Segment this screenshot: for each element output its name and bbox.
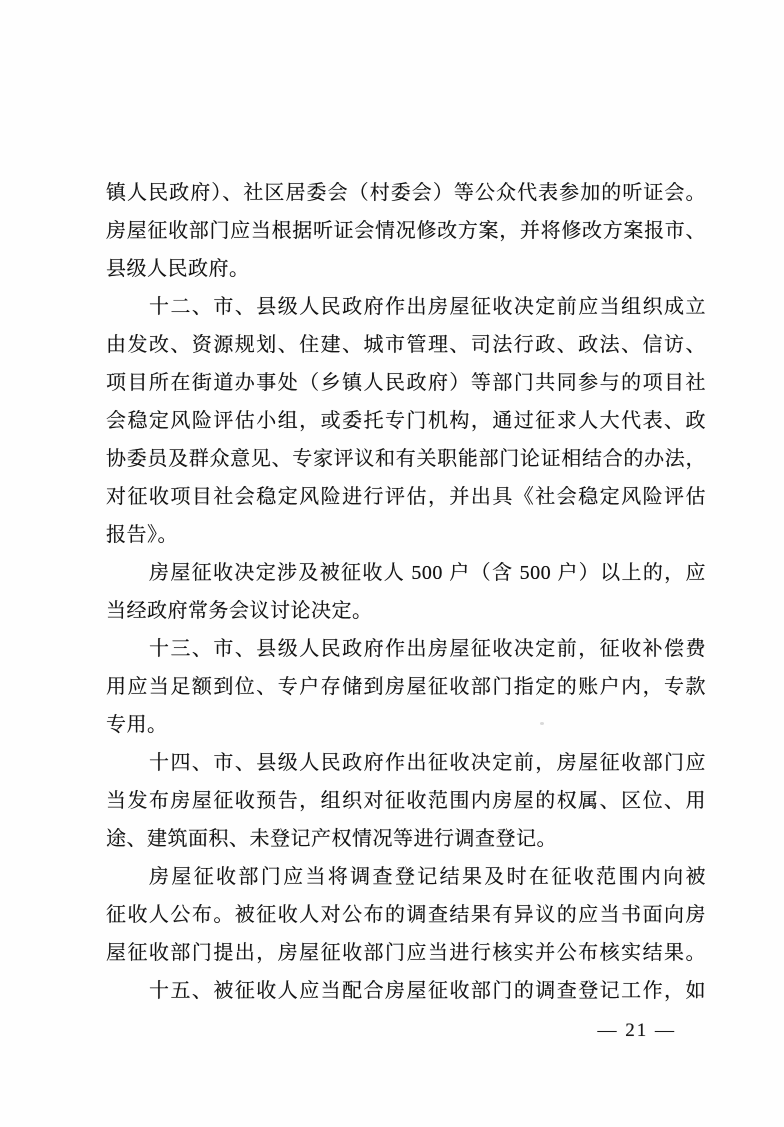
document-page: 镇人民政府）、社区居委会（村委会）等公众代表参加的听证会。房屋征收部门应当根据听… [0,0,784,1127]
text-line: 由发改、资源规划、住建、城市管理、司法行政、政法、信访、 [106,326,706,364]
text-line: 镇人民政府）、社区居委会（村委会）等公众代表参加的听证会。 [106,174,706,212]
text-line: 途、建筑面积、未登记产权情况等进行调查登记。 [106,820,706,858]
text-line: 用应当足额到位、专户存储到房屋征收部门指定的账户内，专款 [106,668,706,706]
text-line: 房屋征收决定涉及被征收人 500 户（含 500 户）以上的，应 [106,554,706,592]
text-line: 会稳定风险评估小组，或委托专门机构，通过征求人大代表、政 [106,402,706,440]
text-line: 征收人公布。被征收人对公布的调查结果有异议的应当书面向房 [106,896,706,934]
text-line: 对征收项目社会稳定风险进行评估，并出具《社会稳定风险评估 [106,478,706,516]
text-line: 报告》。 [106,516,706,554]
text-line: 房屋征收部门应当根据听证会情况修改方案，并将修改方案报市、 [106,212,706,250]
text-line: 专用。 [106,706,706,744]
text-line: 协委员及群众意见、专家评议和有关职能部门论证相结合的办法， [106,440,706,478]
text-line: 项目所在街道办事处（乡镇人民政府）等部门共同参与的项目社 [106,364,706,402]
text-line: 屋征收部门提出，房屋征收部门应当进行核实并公布核实结果。 [106,934,706,972]
document-body: 镇人民政府）、社区居委会（村委会）等公众代表参加的听证会。房屋征收部门应当根据听… [106,174,706,1010]
text-line: 房屋征收部门应当将调查登记结果及时在征收范围内向被 [106,858,706,896]
text-line: 十二、市、县级人民政府作出房屋征收决定前应当组织成立 [106,288,706,326]
text-line: 当发布房屋征收预告，组织对征收范围内房屋的权属、区位、用 [106,782,706,820]
text-line: 当经政府常务会议讨论决定。 [106,592,706,630]
text-line: 县级人民政府。 [106,250,706,288]
scan-speck [540,722,544,725]
text-line: 十四、市、县级人民政府作出征收决定前，房屋征收部门应 [106,744,706,782]
page-number: — 21 — [598,1020,677,1042]
text-line: 十五、被征收人应当配合房屋征收部门的调查登记工作，如 [106,972,706,1010]
text-line: 十三、市、县级人民政府作出房屋征收决定前，征收补偿费 [106,630,706,668]
